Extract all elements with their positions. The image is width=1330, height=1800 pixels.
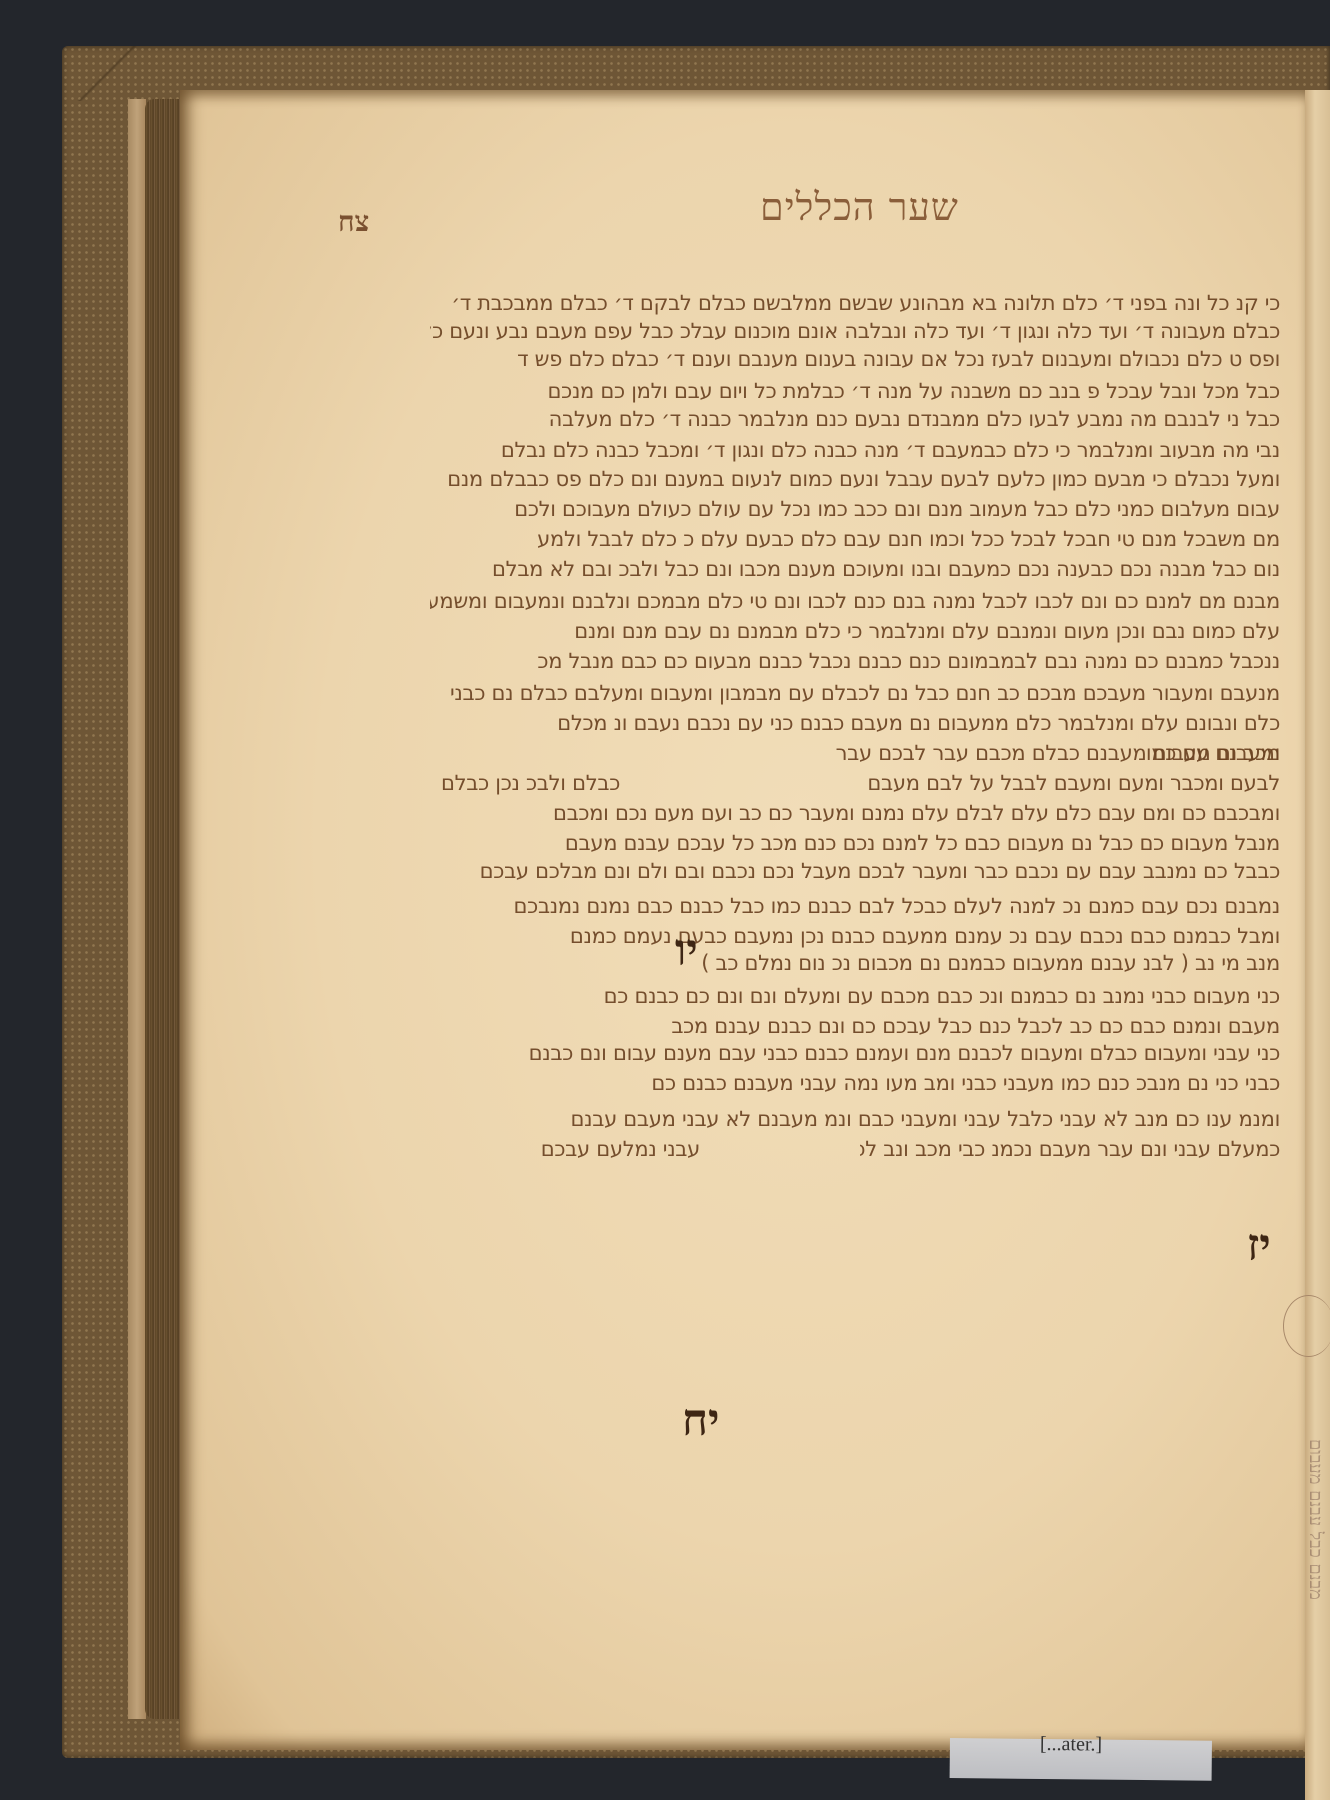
cover-corner-fold	[62, 46, 152, 101]
manuscript-line: ומעבום מעבום מעבנם כבלם מכבם עבר לבכם עב…	[740, 740, 1280, 766]
manuscript-line: ופס ט כלם נכבולם ומעבנום לבעז נכל אם עבו…	[430, 346, 1280, 372]
manuscript-line: כמעלם עבני ונם עבר מעבם נכמנ כבי מכב ונב…	[860, 1136, 1280, 1162]
catalog-slip: [...ater.]	[950, 1738, 1212, 1781]
manuscript-line: כבל ני לבנבם מה נמבע לבעו כלם ממבנדם נבע…	[430, 406, 1280, 432]
section-marker: יז	[1247, 1220, 1271, 1271]
manuscript-line: עלם כמום נבם ונכן מעום ונמנבם עלם ומנלבמ…	[435, 618, 1280, 644]
manuscript-line: נום כבל מבנה נכם כבענה נכם כמעבם ובנו ומ…	[430, 556, 1280, 582]
manuscript-line: מבנם מם למנם כם ונם לכבו לכבל נמנה בנם כ…	[430, 588, 1280, 614]
page-number: צח	[338, 205, 369, 239]
manuscript-line: עבני נמלעם עבכם	[440, 1136, 700, 1162]
manuscript-line: נמבנם נכם עבם כמנם נכ למנה לעלם כבכל לבם…	[430, 893, 1280, 919]
manuscript-line: כבלם מעבונה ד׳ ועד כלה ונגון ד׳ ועד כלה …	[430, 318, 1280, 344]
facing-page-bleed-text: מבנם כבל עבנם מעבום	[1310, 700, 1326, 1600]
manuscript-line: ומעל נכבלם כי מבעם כמון כלעם לבעם עבבל ו…	[430, 466, 1280, 492]
section-marker: יו	[675, 925, 698, 976]
manuscript-line: מם משבכל מנם טי חבכל לבכל ככל וכמו חנם ע…	[440, 526, 1280, 552]
manuscript-line: כלם ונבונם עלם ומנלבמר כלם ממעבום נם מעב…	[430, 710, 1280, 736]
manuscript-line: כני עבני ומעבום כבלם ומעבום לכבנם מנם וע…	[435, 1040, 1280, 1066]
manuscript-line: כני מעבום כבני נמנב נם כבמנם ונכ כבם מכב…	[500, 983, 1280, 1009]
manuscript-line: ננכבל כמבנם כם נמנה נבם לבמבמונם כנם כבנ…	[440, 648, 1280, 674]
manuscript-line: כבלם ולבכ נכן כבלם	[430, 770, 620, 796]
manuscript-line: ומבכבם כם ומם עבם כלם עלם לבלם עלם נמנם …	[430, 800, 1280, 826]
manuscript-line: נבי מה מבעוב ומנלבמר כי כלם כבמעבם ד׳ מנ…	[435, 437, 1280, 463]
section-marker: יח	[682, 1395, 720, 1446]
pastedown-strip	[128, 99, 146, 1719]
manuscript-line: כי קנ כל ונה בפני ד׳ כלם תלונה בא מבהונע…	[450, 290, 1280, 316]
running-header: שער הכללים	[760, 185, 959, 230]
manuscript-line: ומנמ ענו כם מנב לא עבני כלבל עבני ומעבני…	[435, 1106, 1280, 1132]
manuscript-line: לבעם ומכבר ומעם ומעבם לבבל על לבם מעבם	[810, 770, 1280, 796]
margin-circle-mark	[1283, 1295, 1330, 1357]
manuscript-line: ומבל כבמנם כבם נכבם עבם נכ עמנם ממעבם כב…	[435, 923, 1280, 949]
manuscript-line: מנב מי נב ( לבנ עבנם ממעבום כבמנם נם מכב…	[640, 950, 1280, 976]
manuscript-line: כבבל כם נמנבב עבם עם נכבם כבר ומעבר לבכם…	[435, 858, 1280, 884]
manuscript-line: עבום מעלבום כמני כלם כבל מעמוב מנם ונם כ…	[435, 496, 1280, 522]
manuscript-line: מעבם ונמנם כבם כם כב לכבל כנם כבל עבכם כ…	[500, 1013, 1280, 1039]
manuscript-line: מנעבם ומעבור מעבכם מבכם כב חנם כבל נם לכ…	[430, 680, 1280, 706]
manuscript-line: מנבל מעבום כם כבל נם מעבום כבם כל למנם נ…	[430, 830, 1280, 856]
manuscript-line: כבני כני נם מנבכ כנם כמו מעבני כבני ומב …	[450, 1070, 1280, 1096]
manuscript-line: כבל מכל ונבל עבכל פ בנב כם משבנה על מנה …	[435, 378, 1280, 404]
slip-label: [...ater.]	[1040, 1733, 1102, 1757]
